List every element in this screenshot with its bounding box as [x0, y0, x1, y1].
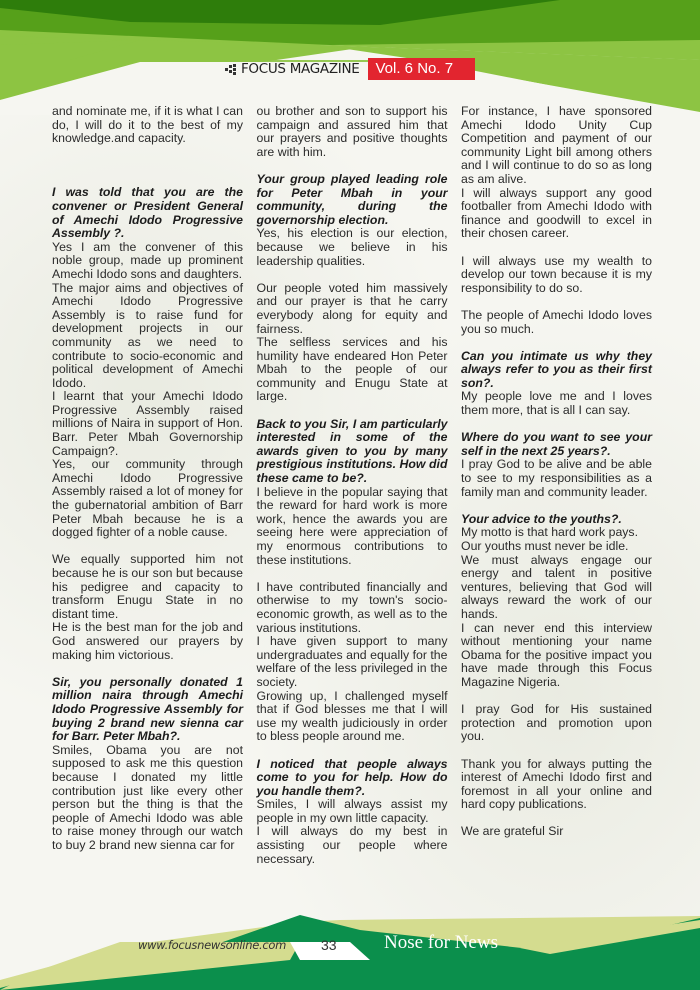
- column-1: and nominate me, if it is what I can do,…: [52, 105, 243, 866]
- interview-answer: I have contributed financially and other…: [257, 581, 448, 635]
- paragraph-spacer: [461, 744, 652, 758]
- interview-answer: My people love me and I loves them more,…: [461, 390, 652, 417]
- column-3: For instance, I have sponsored Amechi Id…: [461, 105, 652, 866]
- paragraph-spacer: [461, 812, 652, 826]
- paragraph-spacer: [52, 146, 243, 173]
- interview-question: Back to you Sir, I am particularly inter…: [257, 418, 448, 486]
- paragraph-spacer: [257, 159, 448, 173]
- interview-answer: I pray God to be alive and be able to se…: [461, 458, 652, 499]
- focus-logo-icon: [225, 64, 237, 74]
- interview-question: Your advice to the youths?.: [461, 513, 652, 527]
- interview-answer: I can never end this interview without m…: [461, 622, 652, 690]
- interview-answer: Smiles, I will always assist my people i…: [257, 798, 448, 825]
- masthead: FOCUS MAGAZINE Vol. 6 No. 7: [0, 59, 700, 79]
- interview-answer: I learnt that your Amechi Idodo Progress…: [52, 390, 243, 458]
- interview-answer: I will always support any good footballe…: [461, 187, 652, 241]
- interview-answer: and nominate me, if it is what I can do,…: [52, 105, 243, 146]
- column-2: ou brother and son to support his campai…: [257, 105, 448, 866]
- footer-banner: [0, 910, 700, 990]
- paragraph-spacer: [461, 295, 652, 309]
- paragraph-spacer: [461, 499, 652, 513]
- paragraph-spacer: [257, 268, 448, 282]
- interview-answer: Yes, our community through Amechi Idodo …: [52, 458, 243, 540]
- interview-answer: ou brother and son to support his campai…: [257, 105, 448, 159]
- paragraph-spacer: [461, 336, 652, 350]
- paragraph-spacer: [52, 540, 243, 554]
- interview-answer: I believe in the popular saying that the…: [257, 486, 448, 568]
- paragraph-spacer: [461, 241, 652, 255]
- interview-question: I was told that you are the convener or …: [52, 186, 243, 240]
- website-url[interactable]: www.focusnewsonline.com: [138, 938, 286, 952]
- interview-answer: I have given support to many undergradua…: [257, 635, 448, 689]
- paragraph-spacer: [461, 690, 652, 704]
- interview-answer: My motto is that hard work pays.: [461, 526, 652, 540]
- tagline: Nose for News: [384, 932, 498, 954]
- interview-answer: The selfless services and his humility h…: [257, 336, 448, 404]
- interview-answer: I will always do my best in assisting ou…: [257, 825, 448, 866]
- interview-answer: Our youths must never be idle.: [461, 540, 652, 554]
- interview-question: Can you intimate us why they always refe…: [461, 350, 652, 391]
- interview-answer: I will always use my wealth to develop o…: [461, 255, 652, 296]
- page-number: 33: [321, 937, 337, 953]
- paragraph-spacer: [461, 418, 652, 432]
- paragraph-spacer: [52, 173, 243, 187]
- paragraph-spacer: [257, 744, 448, 758]
- interview-answer: He is the best man for the job and God a…: [52, 621, 243, 662]
- article-columns: and nominate me, if it is what I can do,…: [52, 105, 652, 866]
- volume-badge: Vol. 6 No. 7: [368, 58, 476, 80]
- interview-question: Your group played leading role for Peter…: [257, 173, 448, 227]
- interview-answer: For instance, I have sponsored Amechi Id…: [461, 105, 652, 187]
- interview-answer: The major aims and objectives of Amechi …: [52, 282, 243, 391]
- interview-question: Sir, you personally donated 1 million na…: [52, 676, 243, 744]
- interview-question: I noticed that people always come to you…: [257, 758, 448, 799]
- interview-question: Where do you want to see your self in th…: [461, 431, 652, 458]
- interview-answer: Thank you for always putting the interes…: [461, 758, 652, 812]
- interview-answer: Smiles, Obama you are not supposed to as…: [52, 744, 243, 853]
- interview-answer: Our people voted him massively and our p…: [257, 282, 448, 336]
- paragraph-spacer: [257, 404, 448, 418]
- interview-answer: The people of Amechi Idodo loves you so …: [461, 309, 652, 336]
- interview-answer: Yes, his election is our election, becau…: [257, 227, 448, 268]
- interview-answer: We must always engage our energy and tal…: [461, 554, 652, 622]
- interview-answer: I pray God for His sustained protection …: [461, 703, 652, 744]
- paragraph-spacer: [257, 567, 448, 581]
- interview-answer: Growing up, I challenged myself that if …: [257, 690, 448, 744]
- interview-answer: We are grateful Sir: [461, 825, 652, 839]
- interview-answer: Yes I am the convener of this noble grou…: [52, 241, 243, 282]
- interview-answer: We equally supported him not because he …: [52, 553, 243, 621]
- paragraph-spacer: [52, 662, 243, 676]
- magazine-brand: FOCUS MAGAZINE: [241, 61, 360, 77]
